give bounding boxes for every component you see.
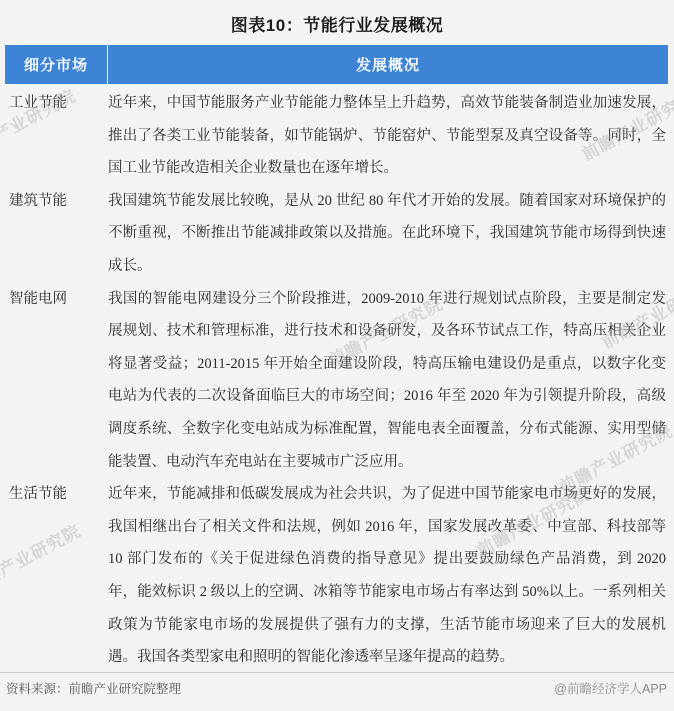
footer: 资料来源：前瞻产业研究院整理 @前瞻经济学人APP: [0, 672, 674, 711]
brand-note: @前瞻经济学人APP: [554, 679, 667, 697]
development-table: 细分市场 发展概况 工业节能 近年来，中国节能服务产业节能能力整体呈上升趋势，高…: [5, 45, 668, 674]
segment-label: 建筑节能: [5, 185, 108, 283]
table-row: 建筑节能 我国建筑节能发展比较晚，是从 20 世纪 80 年代才开始的发展。随着…: [5, 185, 668, 283]
overview-text: 近年来，节能减排和低碳发展成为社会共识，为了促进中国节能家电市场更好的发展，我国…: [108, 478, 668, 674]
segment-label: 工业节能: [5, 87, 108, 185]
table-body: 工业节能 近年来，中国节能服务产业节能能力整体呈上升趋势，高效节能装备制造业加速…: [5, 84, 668, 674]
page: 前瞻产业研究院 前瞻产业研究院 前瞻产业研究院 前瞻产业研究院 前瞻产业研究院 …: [0, 0, 674, 711]
source-note: 资料来源：前瞻产业研究院整理: [6, 679, 181, 697]
segment-label: 生活节能: [5, 478, 108, 674]
table-row: 工业节能 近年来，中国节能服务产业节能能力整体呈上升趋势，高效节能装备制造业加速…: [5, 87, 668, 185]
table-row: 智能电网 我国的智能电网建设分三个阶段推进，2009-2010 年进行规划试点阶…: [5, 283, 668, 479]
overview-text: 我国的智能电网建设分三个阶段推进，2009-2010 年进行规划试点阶段，主要是…: [108, 283, 668, 479]
column-header-overview: 发展概况: [108, 45, 668, 84]
table-header-row: 细分市场 发展概况: [5, 45, 668, 84]
table-row: 生活节能 近年来，节能减排和低碳发展成为社会共识，为了促进中国节能家电市场更好的…: [5, 478, 668, 674]
column-header-segment: 细分市场: [5, 45, 107, 84]
page-title: 图表10：节能行业发展概况: [0, 0, 674, 36]
segment-label: 智能电网: [5, 283, 108, 479]
overview-text: 我国建筑节能发展比较晚，是从 20 世纪 80 年代才开始的发展。随着国家对环境…: [108, 185, 668, 283]
overview-text: 近年来，中国节能服务产业节能能力整体呈上升趋势，高效节能装备制造业加速发展，推出…: [108, 87, 668, 185]
